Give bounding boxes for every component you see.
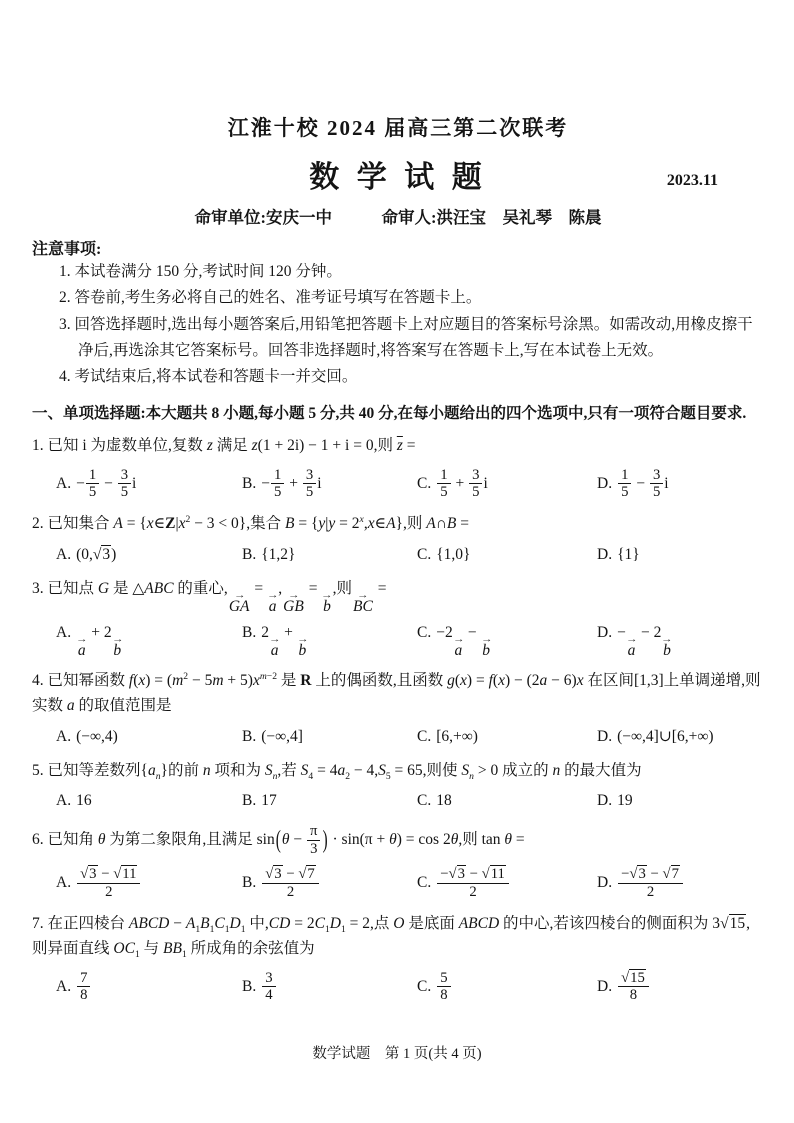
option-A: A.16 — [56, 791, 242, 812]
option-D: D.19 — [597, 791, 764, 812]
option-B: B.2→a + →b — [242, 623, 417, 658]
question: 2. 已知集合 A = {x∈Z|x2 − 3 < 0},集合 B = {y|y… — [32, 512, 764, 566]
question-number: 4. — [32, 672, 44, 689]
option-label: B. — [242, 874, 256, 891]
option-label: D. — [597, 978, 612, 995]
option-label: A. — [56, 978, 71, 995]
option-label: A. — [56, 475, 71, 492]
options-row: A.16B.17C.18D.19 — [32, 791, 764, 812]
setter-line: 命审单位:安庆一中 命审人:洪汪宝 吴礼琴 陈晨 — [32, 204, 764, 228]
option-label: C. — [417, 475, 431, 492]
option-C: C.58 — [417, 970, 597, 1005]
option-C: C.[6,+∞) — [417, 727, 597, 748]
option-label: C. — [417, 546, 431, 563]
question: 4. 已知幂函数 f(x) = (m2 − 5m + 5)xm−2 是 R 上的… — [32, 669, 764, 748]
option-label: C. — [417, 792, 431, 809]
option-C: C.18 — [417, 791, 597, 812]
question: 1. 已知 i 为虚数单位,复数 z 满足 z(1 + 2i) − 1 + i … — [32, 434, 764, 502]
option-label: D. — [597, 546, 612, 563]
exam-date: 2023.11 — [667, 172, 718, 190]
option-label: A. — [56, 546, 71, 563]
question: 6. 已知角 θ 为第二象限角,且满足 sin(θ − π3) · sin(π … — [32, 823, 764, 901]
option-D: D.−→a − 2→b — [597, 623, 764, 658]
option-label: D. — [597, 874, 612, 891]
options-row: A.(−∞,4)B.(−∞,4]C.[6,+∞)D.(−∞,4]∪[6,+∞) — [32, 727, 764, 748]
option-D: D.(−∞,4]∪[6,+∞) — [597, 727, 764, 748]
option-B: B.{1,2} — [242, 545, 417, 566]
option-A: A.(0,√3) — [56, 545, 242, 566]
notes-list: 1. 本试卷满分 150 分,考试时间 120 分钟。2. 答卷前,考生务必将自… — [32, 259, 764, 391]
note-item: 2. 答卷前,考生务必将自己的姓名、准考证号填写在答题卡上。 — [59, 285, 764, 311]
question-stem: 1. 已知 i 为虚数单位,复数 z 满足 z(1 + 2i) − 1 + i … — [32, 434, 764, 459]
option-C: C.−√3 − √112 — [417, 866, 597, 901]
question-number: 6. — [32, 831, 44, 848]
page-footer: 数学试题 第 1 页(共 4 页) — [0, 1042, 794, 1063]
section-header: 一、单项选择题:本大题共 8 小题,每小题 5 分,共 40 分,在每小题给出的… — [32, 401, 764, 423]
option-B: B.34 — [242, 970, 417, 1005]
option-label: C. — [417, 978, 431, 995]
subject-title-row: 数 学 试 题 2023.11 — [32, 152, 764, 192]
option-label: C. — [417, 874, 431, 891]
question-number: 5. — [32, 762, 44, 779]
option-C: C.15 + 35i — [417, 467, 597, 502]
note-item: 1. 本试卷满分 150 分,考试时间 120 分钟。 — [59, 259, 764, 285]
question-stem: 7. 在正四棱台 ABCD − A1B1C1D1 中,CD = 2C1D1 = … — [32, 912, 764, 962]
question-number: 3. — [32, 580, 44, 597]
option-D: D.15 − 35i — [597, 467, 764, 502]
option-D: D.−√3 − √72 — [597, 866, 764, 901]
option-A: A.(−∞,4) — [56, 727, 242, 748]
notes-heading: 注意事项: — [32, 236, 764, 259]
question-number: 7. — [32, 915, 44, 932]
options-row: A.√3 − √112B.√3 − √72C.−√3 − √112D.−√3 −… — [32, 866, 764, 901]
options-row: A.(0,√3)B.{1,2}C.{1,0}D.{1} — [32, 545, 764, 566]
subject-title: 数 学 试 题 — [309, 152, 487, 196]
question-stem: 6. 已知角 θ 为第二象限角,且满足 sin(θ − π3) · sin(π … — [32, 823, 764, 858]
options-row: A.78B.34C.58D.√158 — [32, 970, 764, 1005]
option-A: A.√3 − √112 — [56, 866, 242, 901]
option-label: B. — [242, 475, 256, 492]
option-label: B. — [242, 978, 256, 995]
options-row: A.−15 − 35iB.−15 + 35iC.15 + 35iD.15 − 3… — [32, 467, 764, 502]
option-label: D. — [597, 475, 612, 492]
question-number: 2. — [32, 515, 44, 532]
note-item: 3. 回答选择题时,选出每小题答案后,用铅笔把答题卡上对应题目的答案标号涂黑。如… — [59, 312, 764, 365]
option-B: B.17 — [242, 791, 417, 812]
option-B: B.(−∞,4] — [242, 727, 417, 748]
exam-page: 江淮十校 2024 届高三第二次联考 数 学 试 题 2023.11 命审单位:… — [0, 0, 794, 1123]
option-D: D.√158 — [597, 970, 764, 1005]
option-label: A. — [56, 874, 71, 891]
option-label: A. — [56, 728, 71, 745]
option-label: B. — [242, 624, 256, 641]
question-stem: 5. 已知等差数列{an}的前 n 项和为 Sn,若 S4 = 4a2 − 4,… — [32, 759, 764, 784]
option-label: C. — [417, 624, 431, 641]
option-B: B.√3 − √72 — [242, 866, 417, 901]
question: 3. 已知点 G 是 △ABC 的重心,→GA = →a,→GB = →b,则→… — [32, 577, 764, 658]
option-D: D.{1} — [597, 545, 764, 566]
question-stem: 4. 已知幂函数 f(x) = (m2 − 5m + 5)xm−2 是 R 上的… — [32, 669, 764, 719]
question-stem: 3. 已知点 G 是 △ABC 的重心,→GA = →a,→GB = →b,则→… — [32, 577, 764, 614]
question-stem: 2. 已知集合 A = {x∈Z|x2 − 3 < 0},集合 B = {y|y… — [32, 512, 764, 537]
option-A: A.−15 − 35i — [56, 467, 242, 502]
questions-list: 1. 已知 i 为虚数单位,复数 z 满足 z(1 + 2i) − 1 + i … — [32, 434, 764, 1005]
question-number: 1. — [32, 437, 44, 454]
option-label: C. — [417, 728, 431, 745]
option-label: D. — [597, 624, 612, 641]
option-label: B. — [242, 546, 256, 563]
option-label: A. — [56, 792, 71, 809]
note-item: 4. 考试结束后,将本试卷和答题卡一并交回。 — [59, 364, 764, 390]
option-label: B. — [242, 792, 256, 809]
option-label: D. — [597, 792, 612, 809]
option-C: C.{1,0} — [417, 545, 597, 566]
options-row: A.→a + 2→bB.2→a + →bC.−2→a − →bD.−→a − 2… — [32, 623, 764, 658]
option-A: A.78 — [56, 970, 242, 1005]
option-B: B.−15 + 35i — [242, 467, 417, 502]
option-C: C.−2→a − →b — [417, 623, 597, 658]
question: 5. 已知等差数列{an}的前 n 项和为 Sn,若 S4 = 4a2 − 4,… — [32, 759, 764, 813]
joint-exam-title: 江淮十校 2024 届高三第二次联考 — [32, 112, 764, 142]
option-label: B. — [242, 728, 256, 745]
question: 7. 在正四棱台 ABCD − A1B1C1D1 中,CD = 2C1D1 = … — [32, 912, 764, 1004]
option-label: D. — [597, 728, 612, 745]
option-A: A.→a + 2→b — [56, 623, 242, 658]
option-label: A. — [56, 624, 71, 641]
